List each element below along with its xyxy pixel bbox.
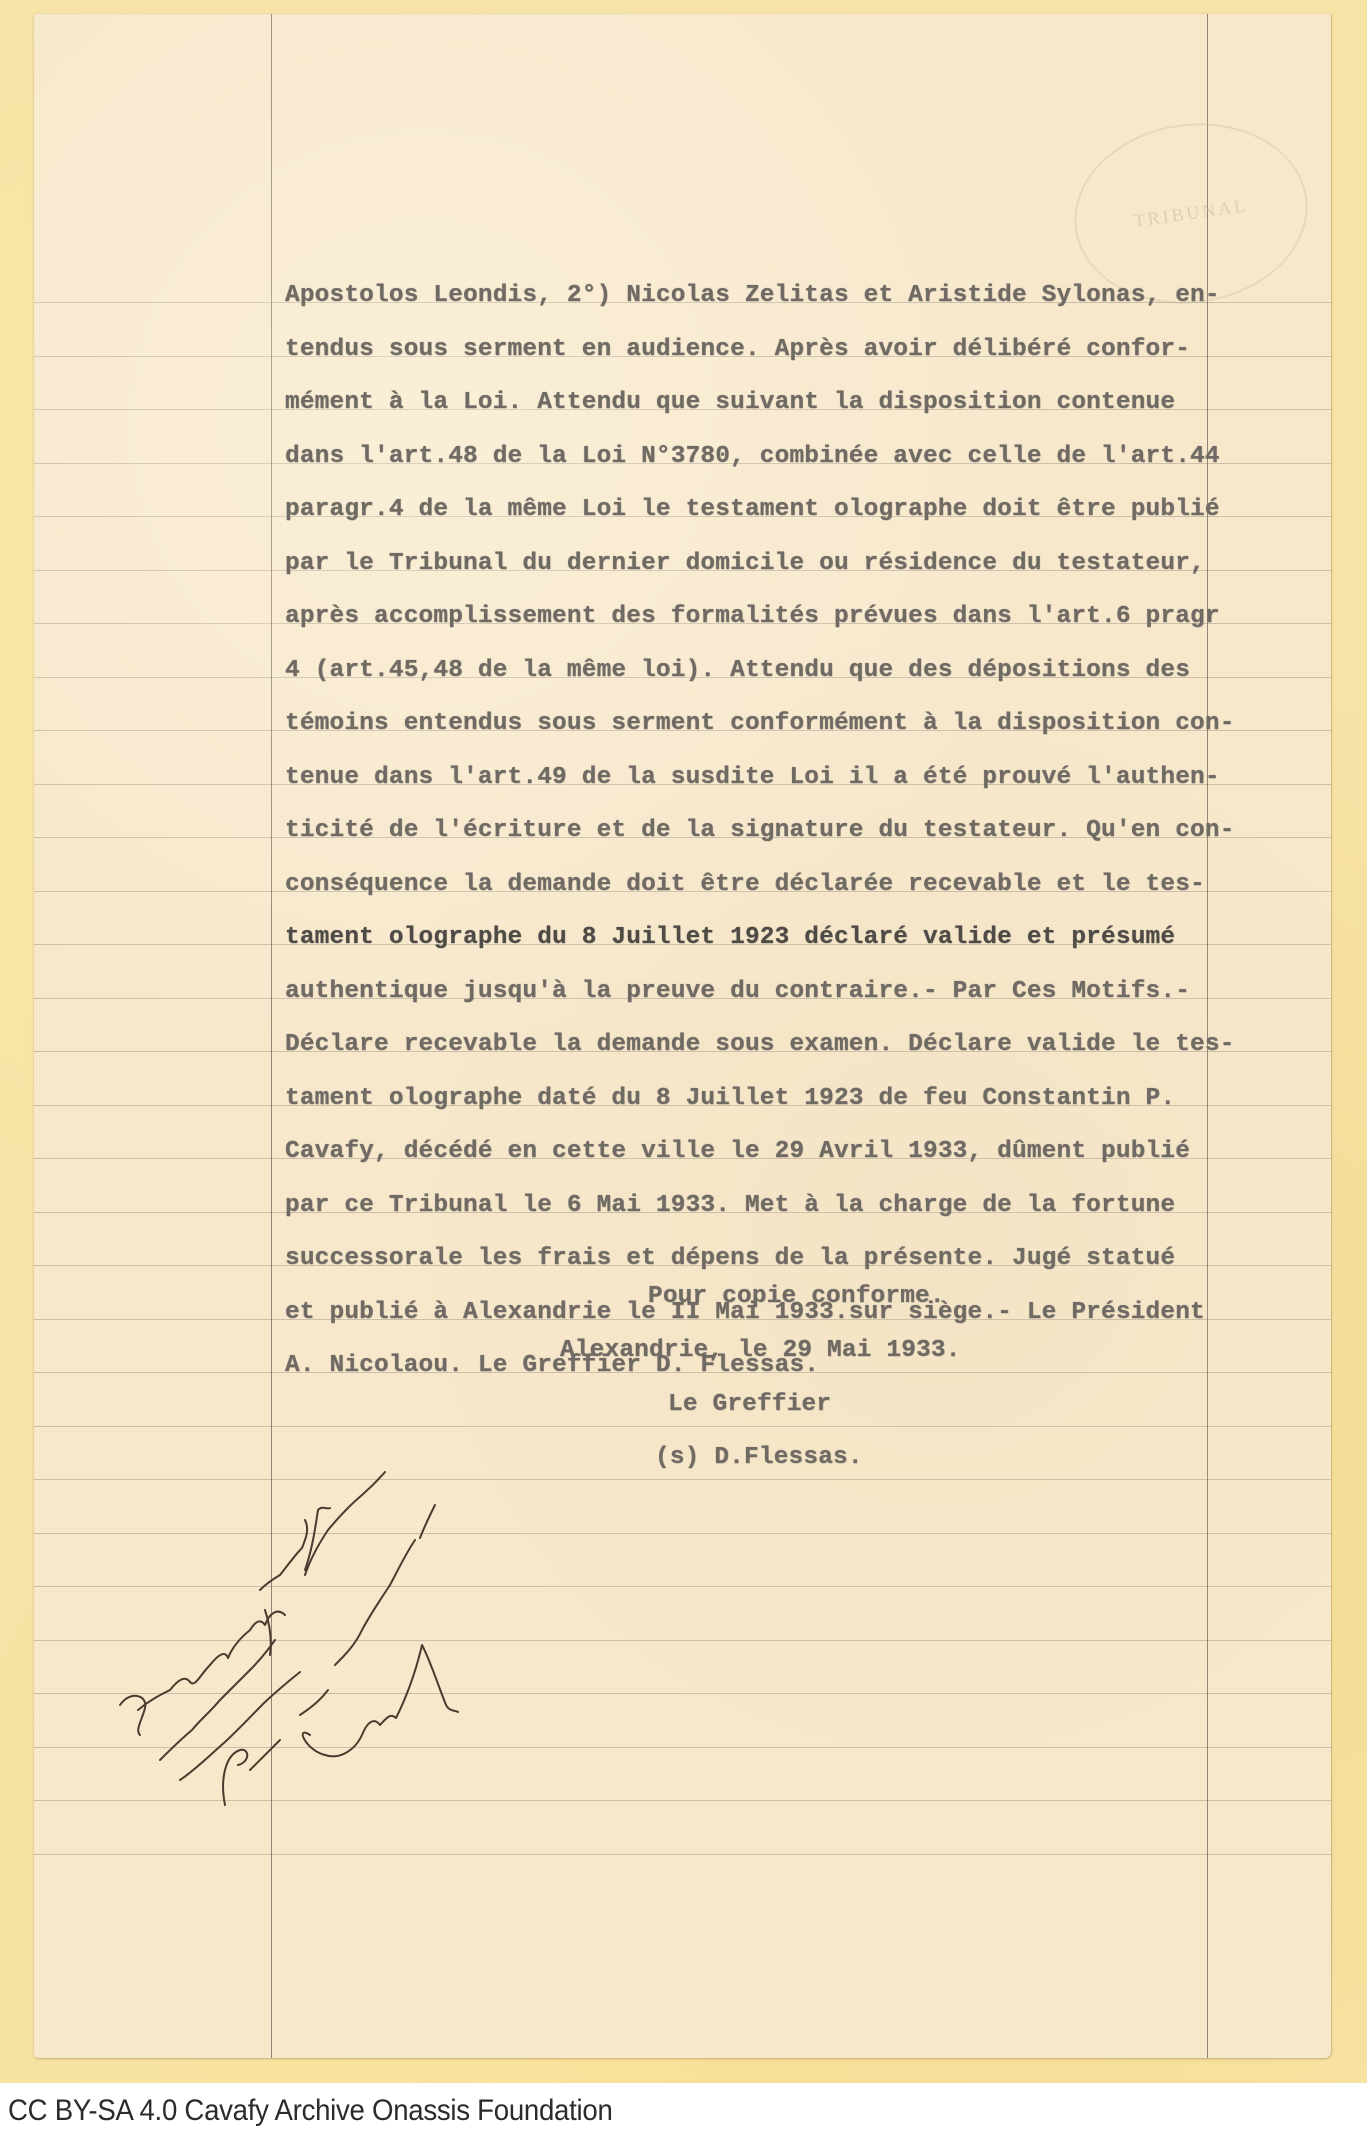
paragraph-line: authentique jusqu'à la preuve du contrai… [285,978,1190,1006]
paragraph-line: paragr.4 de la même Loi le testament olo… [285,496,1220,524]
paragraph-line: tenue dans l'art.49 de la susdite Loi il… [285,764,1220,792]
paragraph-line: tendus sous serment en audience. Après a… [285,336,1190,364]
paragraph-line: mément à la Loi. Attendu que suivant la … [285,389,1175,417]
paragraph-line: conséquence la demande doit être déclaré… [285,871,1205,899]
paragraph-line: Déclare recevable la demande sous examen… [285,1031,1235,1059]
paragraph-line: témoins entendus sous serment conforméme… [285,710,1235,738]
archive-credit: CC BY-SA 4.0 Cavafy Archive Onassis Foun… [8,2094,613,2128]
paragraph-line: 4 (art.45,48 de la même loi). Attendu qu… [285,657,1190,685]
typed-text-block: Apostolos Leondis, 2°) Nicolas Zelitas e… [0,0,1367,2148]
place-date-line: Alexandrie, le 29 Mai 1933. [560,1337,961,1365]
paragraph-line: Apostolos Leondis, 2°) Nicolas Zelitas e… [285,282,1220,310]
paragraph-line: ticité de l'écriture et de la signature … [285,817,1235,845]
paragraph-line: Cavafy, décédé en cette ville le 29 Avri… [285,1138,1190,1166]
paragraph-line: par le Tribunal du dernier domicile ou r… [285,550,1205,578]
paragraph-line: successorale les frais et dépens de la p… [285,1245,1175,1273]
greffier-signature: (s) D.Flessas. [655,1444,863,1472]
paragraph-line: tament olographe daté du 8 Juillet 1923 … [285,1085,1175,1113]
greffier-title: Le Greffier [668,1391,831,1419]
paragraph-line: après accomplissement des formalités pré… [285,603,1220,631]
paragraph-line: dans l'art.48 de la Loi N°3780, combinée… [285,443,1220,471]
paragraph-line: tament olographe du 8 Juillet 1923 décla… [285,924,1175,952]
copy-conforme-line: Pour copie conforme. [648,1283,945,1311]
paragraph-line: par ce Tribunal le 6 Mai 1933. Met à la … [285,1192,1175,1220]
